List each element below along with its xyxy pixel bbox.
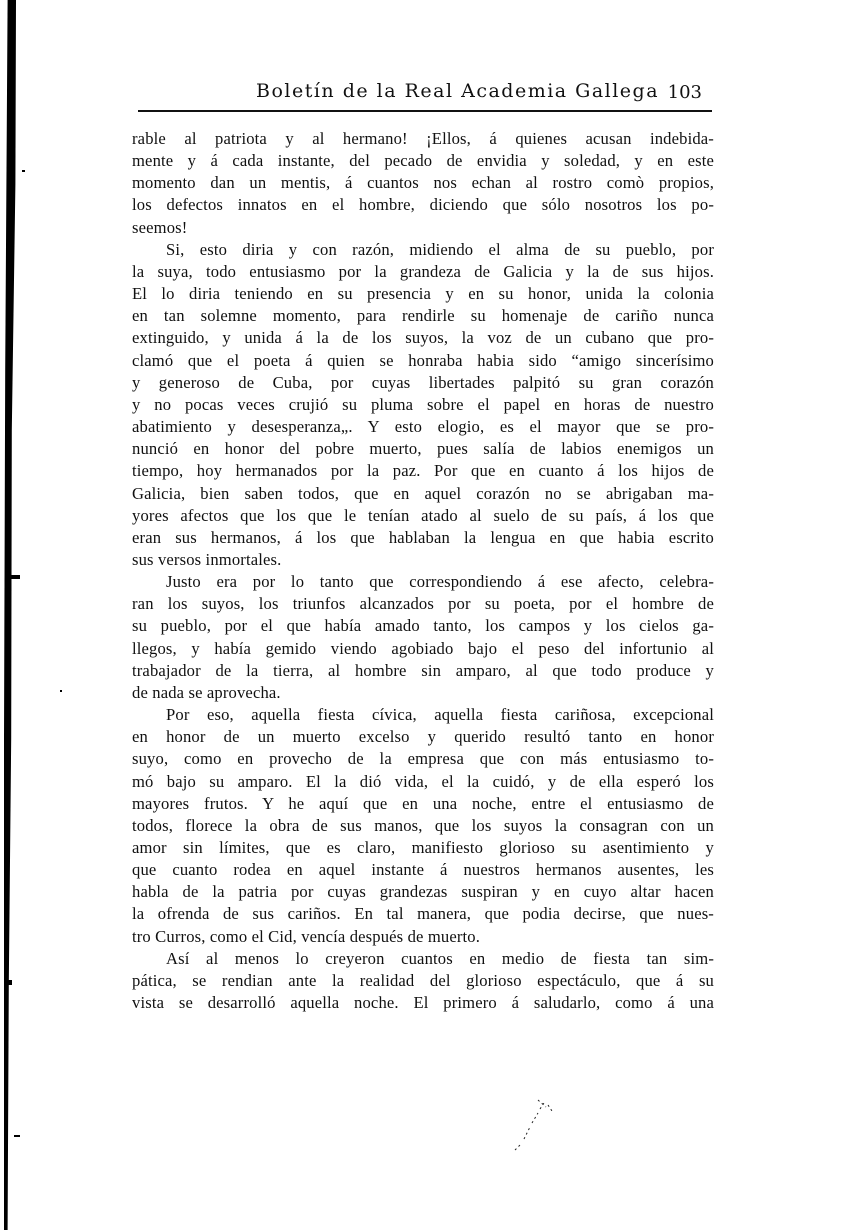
text-line: en tan solemne momento, para rendirle su… bbox=[132, 305, 714, 327]
text-line: la suya, todo entusiasmo por la grandeza… bbox=[132, 261, 714, 283]
text-line: Si, esto diria y con razón, midiendo el … bbox=[132, 239, 714, 261]
text-line: que cuanto rodea en aquel instante á nue… bbox=[132, 859, 714, 881]
page-binding-edge bbox=[4, 0, 16, 1230]
text-line: y generoso de Cuba, por cuyas libertades… bbox=[132, 372, 714, 394]
text-line: eran sus hermanos, á los que hablaban la… bbox=[132, 527, 714, 549]
text-line: mayores frutos. Y he aquí que en una noc… bbox=[132, 793, 714, 815]
running-header: Boletín de la Real Academia Gallega 103 bbox=[138, 78, 712, 112]
text-line: extinguido, y unida á la de los suyos, l… bbox=[132, 327, 714, 349]
text-line: Galicia, bien saben todos, que en aquel … bbox=[132, 483, 714, 505]
text-line: yores afectos que los que le tenían atad… bbox=[132, 505, 714, 527]
text-line: ran los suyos, los triunfos alcanzados p… bbox=[132, 593, 714, 615]
text-line: Así al menos lo creyeron cuantos en medi… bbox=[132, 948, 714, 970]
text-line: pática, se rendian ante la realidad del … bbox=[132, 970, 714, 992]
text-line: nunció en honor del pobre muerto, pues s… bbox=[132, 438, 714, 460]
text-line: y no pocas veces crujió su pluma sobre e… bbox=[132, 394, 714, 416]
text-line: habla de la patria por cuyas grandezas s… bbox=[132, 881, 714, 903]
text-line: momento dan un mentis, á cuantos nos ech… bbox=[132, 172, 714, 194]
ink-speck bbox=[14, 1135, 20, 1137]
text-line: clamó que el poeta á quien se honraba ha… bbox=[132, 350, 714, 372]
text-line: abatimiento y desesperanza„. Y esto elog… bbox=[132, 416, 714, 438]
text-line: su pueblo, por el que había amado tanto,… bbox=[132, 615, 714, 637]
text-line: mente y á cada instante, del pecado de e… bbox=[132, 150, 714, 172]
journal-title: Boletín de la Real Academia Gallega bbox=[256, 80, 659, 102]
text-line: en honor de un muerto excelso y querido … bbox=[132, 726, 714, 748]
text-line: rable al patriota y al hermano! ¡Ellos, … bbox=[132, 128, 714, 150]
text-line: vista se desarrolló aquella noche. El pr… bbox=[132, 992, 714, 1014]
text-line: tro Curros, como el Cid, vencía después … bbox=[132, 926, 714, 948]
ink-speck bbox=[10, 575, 20, 579]
text-line: llegos, y había gemido viendo agobiado b… bbox=[132, 638, 714, 660]
text-line: tiempo, hoy hermanados por la paz. Por q… bbox=[132, 460, 714, 482]
text-line: seemos! bbox=[132, 217, 714, 239]
ink-speck bbox=[60, 690, 62, 692]
text-line: todos, florece la obra de sus manos, que… bbox=[132, 815, 714, 837]
text-line: los defectos innatos en el hombre, dicie… bbox=[132, 194, 714, 216]
text-line: suyo, como en provecho de la empresa que… bbox=[132, 748, 714, 770]
pencil-mark bbox=[510, 1095, 560, 1155]
text-line: la ofrenda de sus cariños. En tal manera… bbox=[132, 903, 714, 925]
text-line: trabajador de la tierra, al hombre sin a… bbox=[132, 660, 714, 682]
page-number: 103 bbox=[668, 82, 702, 103]
text-line: El lo diria teniendo en su presencia y e… bbox=[132, 283, 714, 305]
ink-speck bbox=[22, 170, 25, 172]
body-text: rable al patriota y al hermano! ¡Ellos, … bbox=[132, 128, 714, 1014]
text-line: sus versos inmortales. bbox=[132, 549, 714, 571]
text-line: mó bajo su amparo. El la dió vida, el la… bbox=[132, 771, 714, 793]
text-line: Por eso, aquella fiesta cívica, aquella … bbox=[132, 704, 714, 726]
text-line: de nada se aprovecha. bbox=[132, 682, 714, 704]
text-line: amor sin límites, que es claro, manifies… bbox=[132, 837, 714, 859]
text-line: Justo era por lo tanto que correspondien… bbox=[132, 571, 714, 593]
ink-speck bbox=[4, 980, 12, 985]
